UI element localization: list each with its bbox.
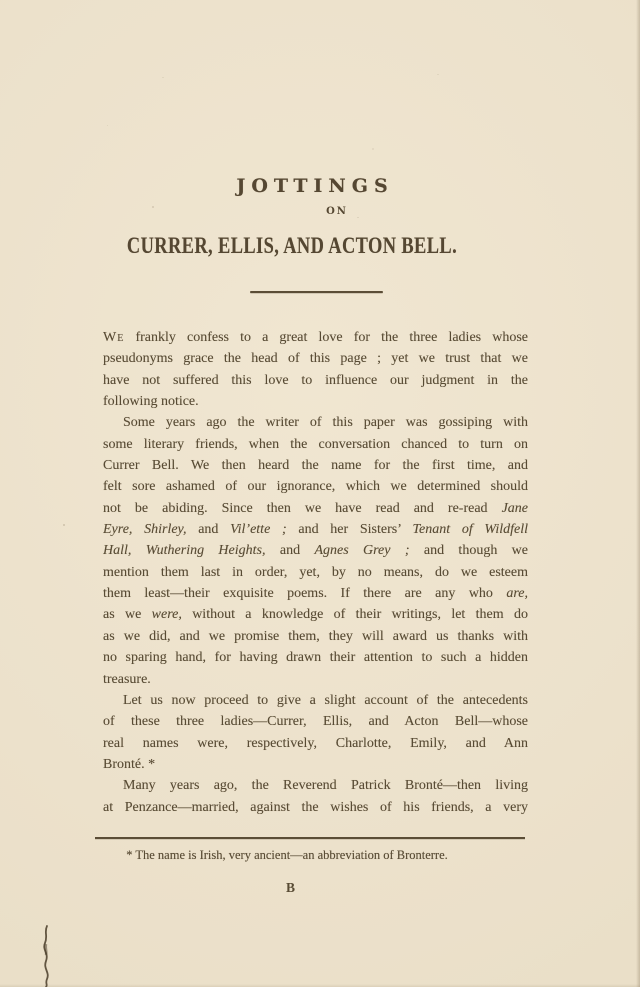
paper-speck: [107, 125, 108, 126]
paper-speck: [372, 148, 374, 150]
paper-speck: [437, 74, 439, 75]
footnote-text: * The name is Irish, very ancient—an abb…: [72, 847, 502, 864]
text-line: felt sore ashamed of our ignorance, whic…: [103, 476, 528, 497]
page-subtitle: CURRER, ELLIS, AND ACTON BELL.: [36, 233, 548, 259]
text-line: have not suffered this love to influence…: [103, 370, 528, 391]
text-line: them least—their exquisite poems. If the…: [103, 583, 528, 604]
title-divider-rule: [250, 291, 383, 293]
text-line: mention them last in order, yet, by no m…: [103, 562, 528, 583]
page-title: JOTTINGS: [0, 175, 632, 197]
text-line: Many years ago, the Reverend Patrick Bro…: [103, 775, 528, 796]
text-line: Some years ago the writer of this paper …: [103, 412, 528, 433]
signature-mark: B: [76, 880, 506, 896]
text-line: real names were, respectively, Charlotte…: [103, 733, 528, 754]
text-line: Bronté. *: [103, 754, 528, 775]
paper-speck: [162, 77, 164, 78]
paper-speck: [63, 524, 65, 526]
text-line: Eyre, Shirley, and Vil’ette ; and her Si…: [103, 519, 528, 540]
page-title-connector: ON: [16, 206, 640, 217]
paper-speck: [357, 217, 359, 218]
text-line: pseudonyms grace the head of this page ;…: [103, 348, 528, 369]
text-line: Let us now proceed to give a slight acco…: [103, 690, 528, 711]
text-line: not be abiding. Since then we have read …: [103, 498, 528, 519]
text-line: Hall, Wuthering Heights, and Agnes Grey …: [103, 540, 528, 561]
text-line: Currer Bell. We then heard the name for …: [103, 455, 528, 476]
paper-speck: [470, 690, 472, 691]
text-line: no sparing hand, for having drawn their …: [103, 647, 528, 668]
text-line: treasure.: [103, 669, 528, 690]
text-line: as we were, without a knowledge of their…: [103, 604, 528, 625]
book-page-scan: JOTTINGS ON CURRER, ELLIS, AND ACTON BEL…: [0, 0, 640, 987]
text-line: as we did, and we promise them, they wil…: [103, 626, 528, 647]
ink-squiggle-mark: [38, 924, 58, 987]
text-line: of these three ladies—Currer, Ellis, and…: [103, 711, 528, 732]
text-line: We frankly confess to a great love for t…: [103, 327, 528, 348]
text-line: at Penzance—married, against the wishes …: [103, 797, 528, 818]
paper-speck: [152, 206, 154, 208]
text-line: following notice.: [103, 391, 528, 412]
scan-edge-shadow: [636, 0, 640, 987]
footnote-divider-rule: [95, 837, 525, 839]
text-line: some literary friends, when the conversa…: [103, 434, 528, 455]
body-text: We frankly confess to a great love for t…: [103, 327, 528, 818]
